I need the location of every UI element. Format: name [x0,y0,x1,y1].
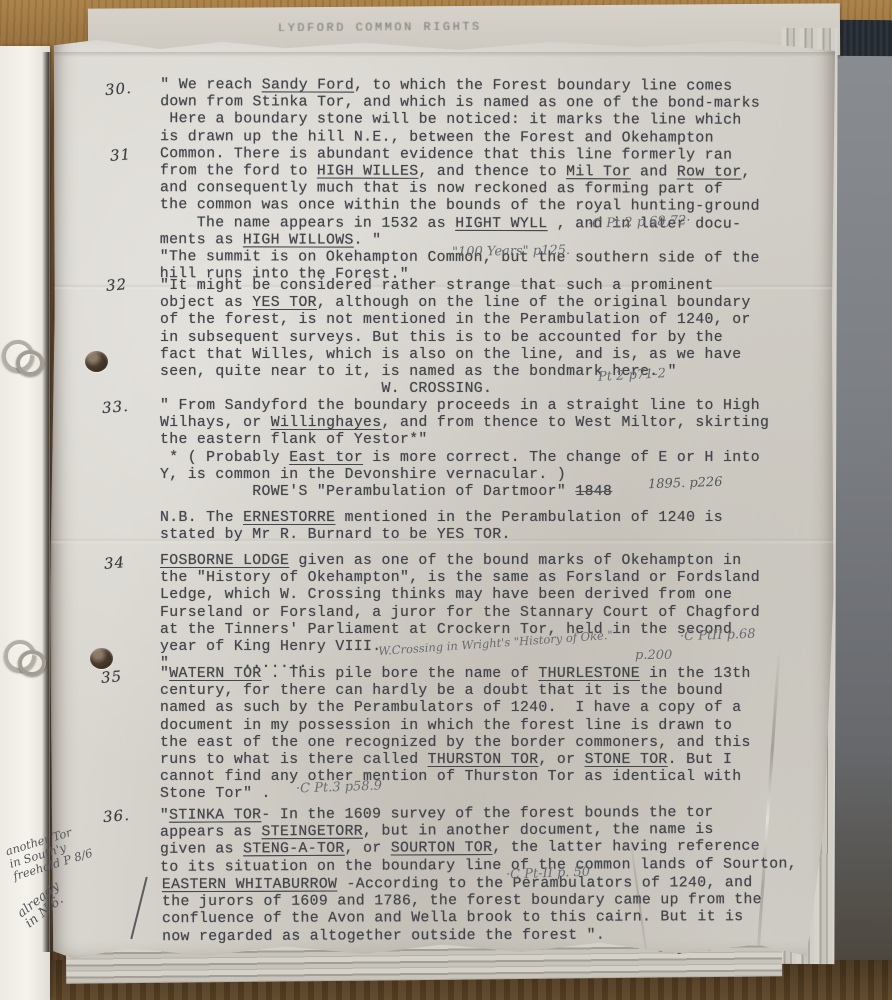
item-number-33: 33. [101,397,129,417]
typed-section-34: FOSBORNE LODGE given as one of the bound… [160,553,830,673]
typed-line: runs to what is there called THURSTON TO… [160,752,830,769]
pen-slash-mark [130,877,147,940]
metal-clip-top [0,336,44,380]
typed-line: object as YES TOR, although on the line … [160,295,830,312]
typed-line: The name appears in 1532 as HIGHT WYLL ,… [160,215,830,234]
clip-ring [16,350,44,376]
typed-line: the eastern flank of Yestor*" [160,432,830,449]
typed-line: stated by Mr R. Burnard to be YES TOR. [160,527,830,544]
left-binding-crease [42,52,54,952]
typed-line: ROWE'S "Perambulation of Dartmoor" 1848 [160,484,830,501]
typed-line: from the ford to HIGH WILLES, and thence… [160,163,830,182]
typed-line: * ( Probably East tor is more correct. T… [160,450,830,467]
typed-line: confluence of the Avon and Wella brook t… [162,909,832,929]
typed-section-eastern-whitaburrow: EASTERN WHITABURROW -According to the Pe… [162,875,832,946]
typed-line: in subsequent surveys. But this is to be… [160,330,830,347]
handwritten-page-34: p.200 [635,648,672,663]
typed-section-nb: N.B. The ERNESTORRE mentioned in the Per… [160,510,830,544]
item-number-34: 34 [103,553,126,573]
typed-line: " From Sandyford the boundary proceeds i… [160,398,830,415]
typed-section-35: "WATERN TOR . This pile bore the name of… [160,666,830,804]
item-number-35: 35 [100,667,123,687]
handwritten-ref-35: ·C Pt.3 p58.9 [296,779,382,797]
item-number-36: 36. [102,806,130,826]
typed-line: of the forest, is not mentioned in the P… [160,312,830,329]
typed-line: now regarded as altogether outside the f… [162,926,832,946]
typed-line: "It might be considered rather strange t… [160,278,830,295]
punch-hole-top [85,351,108,372]
typed-section-32: "It might be considered rather strange t… [160,278,830,398]
typed-line: Common. There is abundant evidence that … [160,146,830,165]
typed-line: the "History of Okehampton", is the same… [160,570,830,587]
typed-line: the common was once within the bounds of… [160,198,830,217]
top-fold-crease [50,52,835,57]
punch-hole-bottom [90,648,113,669]
typed-line: W. CROSSING. [160,381,830,398]
typed-line: to its situation on the boundary line of… [160,856,830,877]
typed-section-33: " From Sandyford the boundary proceeds i… [160,398,830,501]
typed-line: seen, quite near to it, is named as the … [160,364,830,381]
typed-section-36: "STINKA TOR- In the 1609 survey of the f… [160,804,830,876]
typed-line: Y, is common in the Devonshire vernacula… [160,467,830,484]
document-page: 30. 31 32 33. 34 35 36. " We reach Sandy… [50,38,835,965]
metal-clip-bottom [2,636,48,680]
typed-line: fact that Willes, which is also on the l… [160,347,830,364]
typed-line: named as such by the Perambulators of 12… [160,700,830,717]
typed-line: Wilhays, or Willinghayes, and from thenc… [160,415,830,432]
clip-ring [18,650,46,676]
typed-line: the east of the one recognized by the bo… [160,735,830,752]
ghost-header-text: LYDFORD COMMON RIGHTS [278,20,482,31]
item-number-30: 30. [104,79,132,99]
typed-line: FOSBORNE LODGE given as one of the bound… [160,553,830,570]
item-number-32: 32 [105,275,128,295]
typed-line: cannot find any other mention of Thursto… [160,769,830,786]
typed-line: century, for there can hardly be a doubt… [160,683,830,700]
handwritten-ref-36: ·C Pt-II p. 50 [506,865,591,883]
item-number-31: 31 [109,145,132,165]
handwritten-ref-33: 1895. p226 [648,475,723,493]
typed-line: document in my possession in which the f… [160,718,830,735]
typed-line: Furseland or Forsland, a juror for the S… [160,605,830,622]
typed-line: Ledge, which W. Crossing thinks may have… [160,587,830,604]
typed-line: " We reach Sandy Ford, to which the Fore… [160,77,830,96]
handwritten-ref-34: ·C PtII p.68 [680,627,756,645]
handwritten-years-note-31: "100 Years" p125. [452,243,570,260]
typed-line: Stone Tor" . [160,786,830,803]
typed-line: is drawn up the hill N.E., between the F… [160,129,830,148]
ghost-header-clip: LYDFORD COMMON RIGHTS [278,16,578,31]
typed-line: Here a boundary stone will be noticed: i… [160,112,830,131]
photograph-root: LYDFORD COMMON RIGHTS 30. 31 32 33. 34 3… [0,0,892,1000]
typed-line: "WATERN TOR . This pile bore the name of… [160,666,830,683]
typed-line: N.B. The ERNESTORRE mentioned in the Per… [160,510,830,527]
